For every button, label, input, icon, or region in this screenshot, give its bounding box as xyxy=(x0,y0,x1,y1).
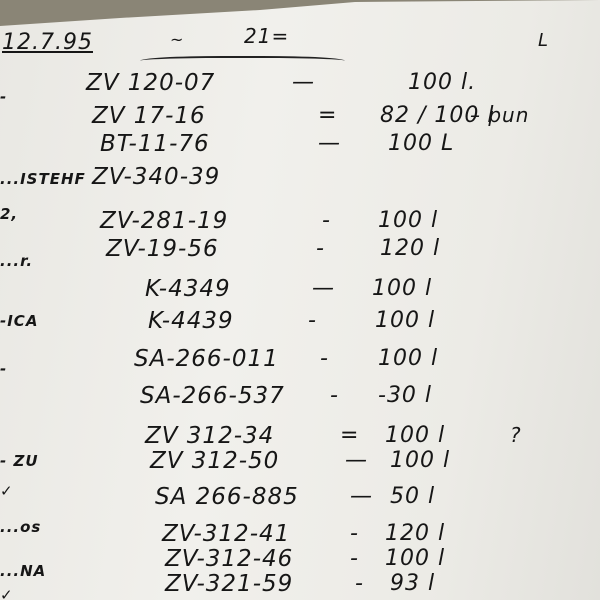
separator-dash: - xyxy=(308,308,317,333)
separator-dash: — xyxy=(345,448,368,473)
license-plate: ZV-321-59 xyxy=(165,571,293,597)
row-note: – pun xyxy=(470,103,529,127)
fuel-amount: 120 l xyxy=(385,521,445,546)
license-plate: BT-11-76 xyxy=(100,131,210,157)
header-code: 21= xyxy=(244,24,289,48)
fuel-amount: 100 l xyxy=(385,423,445,448)
license-plate: K-4439 xyxy=(148,308,234,334)
license-plate: ZV 312-34 xyxy=(145,423,274,449)
brace-underline xyxy=(140,56,345,68)
header-date: 12.7.95 xyxy=(2,30,93,55)
separator-dash: - xyxy=(330,383,339,408)
license-plate: SA-266-537 xyxy=(140,383,285,409)
license-plate: ZV-19-56 xyxy=(106,236,219,262)
license-plate: ZV 17-16 xyxy=(92,103,206,129)
margin-note: ...NA xyxy=(0,562,46,580)
separator-dash: — xyxy=(312,276,335,301)
separator-dash: - xyxy=(316,236,325,261)
license-plate: SA 266-885 xyxy=(155,484,299,510)
license-plate: ZV 312-50 xyxy=(150,448,279,474)
separator-dash: - xyxy=(355,571,364,596)
row-note: ? xyxy=(510,423,522,447)
fuel-amount: 100 l. xyxy=(408,70,476,95)
separator-dash: — xyxy=(292,70,315,95)
fuel-amount: 100 l xyxy=(390,448,450,473)
license-plate: ZV 120-07 xyxy=(86,70,215,96)
license-plate: ZV-312-41 xyxy=(162,521,290,547)
separator-dash: - xyxy=(322,208,331,233)
license-plate: ZV-312-46 xyxy=(165,546,293,572)
fuel-amount: 100 l xyxy=(378,208,438,233)
fuel-amount: 100 l xyxy=(378,346,438,371)
margin-note: - ZU xyxy=(0,452,39,470)
separator-dash: — xyxy=(318,131,341,156)
margin-note: ✓ xyxy=(0,482,14,500)
separator-dash: = xyxy=(340,423,359,448)
margin-note: ...r. xyxy=(0,252,33,270)
license-plate: ZV-340-39 xyxy=(92,164,220,190)
margin-note: - xyxy=(0,360,7,378)
margin-note: - xyxy=(0,88,7,106)
margin-note: ...os xyxy=(0,518,41,536)
fuel-amount: 100 L xyxy=(388,131,454,156)
separator-dash: — xyxy=(350,484,373,509)
corner-mark: L xyxy=(538,30,549,51)
margin-note: -ICA xyxy=(0,312,38,330)
fuel-amount: 100 l xyxy=(375,308,435,333)
separator-dash: = xyxy=(318,103,337,128)
license-plate: SA-266-011 xyxy=(134,346,279,372)
header-mark: ~ xyxy=(170,30,184,49)
margin-note: ...ISTEHF xyxy=(0,170,86,188)
license-plate: K-4349 xyxy=(145,276,231,302)
fuel-amount: -30 l xyxy=(378,383,432,408)
margin-note: ✓ xyxy=(0,586,14,600)
fuel-amount: 120 l xyxy=(380,236,440,261)
separator-dash: - xyxy=(350,521,359,546)
fuel-amount: 93 l xyxy=(390,571,435,596)
separator-dash: - xyxy=(320,346,329,371)
fuel-amount: 100 l xyxy=(385,546,445,571)
fuel-amount: 50 l xyxy=(390,484,435,509)
license-plate: ZV-281-19 xyxy=(100,208,228,234)
separator-dash: - xyxy=(350,546,359,571)
fuel-amount: 100 l xyxy=(372,276,432,301)
margin-note: 2, xyxy=(0,205,18,223)
